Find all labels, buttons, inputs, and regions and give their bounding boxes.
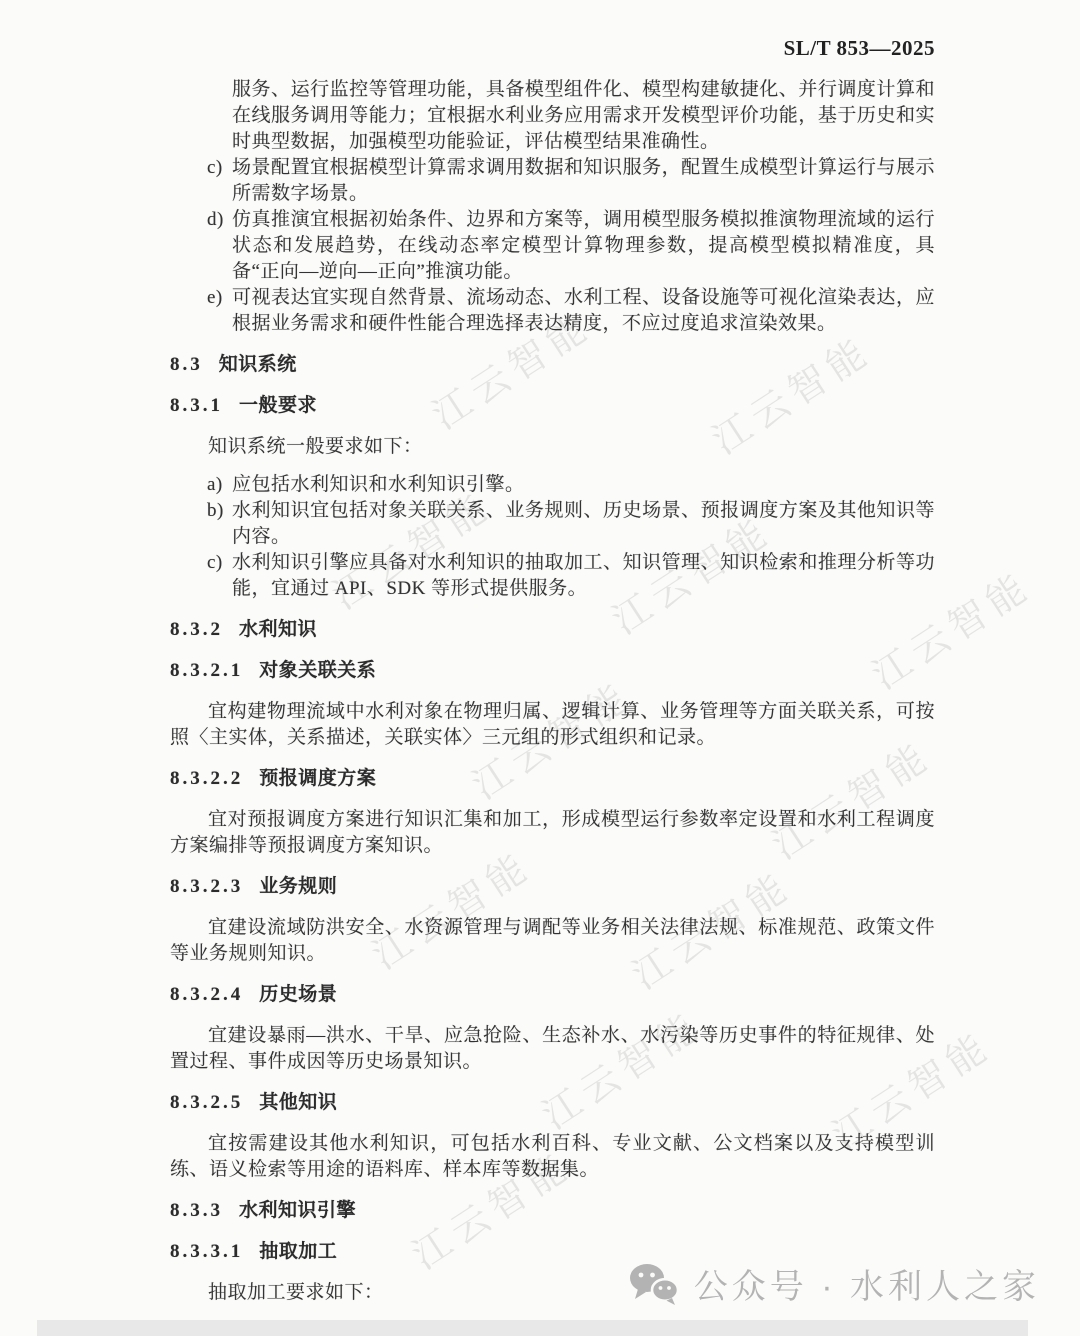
list-marker: c) bbox=[207, 550, 223, 576]
paragraph: 宜构建物理流域中水利对象在物理归属、逻辑计算、业务管理等方面关联关系，可按照〈主… bbox=[170, 699, 935, 751]
section-number: 8.3.3 bbox=[170, 1200, 223, 1221]
list-item-text: 可视表达宜实现自然背景、流场动态、水利工程、设备设施等可视化渲染表达，应根据业务… bbox=[232, 287, 935, 334]
section-number: 8.3.2 bbox=[170, 619, 223, 640]
section-heading-8-3-2: 8.3.2水利知识 bbox=[170, 617, 935, 643]
section-number: 8.3.2.3 bbox=[170, 876, 243, 897]
section-number: 8.3.3.1 bbox=[170, 1241, 243, 1262]
section-number: 8.3.2.4 bbox=[170, 984, 243, 1005]
section-heading-8-3-2-1: 8.3.2.1对象关联关系 bbox=[170, 658, 935, 684]
section-title: 一般要求 bbox=[239, 395, 317, 416]
list-item-d: d) 仿真推演宜根据初始条件、边界和方案等，调用模型服务模拟推演物理流域的运行状… bbox=[170, 207, 935, 285]
list-item-text: 水利知识宜包括对象关联关系、业务规则、历史场景、预报调度方案及其他知识等内容。 bbox=[232, 500, 935, 547]
paragraph: 宜按需建设其他水利知识，可包括水利百科、专业文献、公文档案以及支持模型训练、语义… bbox=[170, 1131, 935, 1183]
document-page: 江云智能 江云智能 江云智能 江云智能 江云智能 江云智能 江云智能 江云智能 … bbox=[0, 0, 1080, 1336]
section-title: 抽取加工 bbox=[259, 1241, 337, 1262]
section-heading-8-3-1: 8.3.1一般要求 bbox=[170, 393, 935, 419]
list-item-e: e) 可视表达宜实现自然背景、流场动态、水利工程、设备设施等可视化渲染表达，应根… bbox=[170, 285, 935, 337]
section-number: 8.3.2.2 bbox=[170, 768, 243, 789]
section-title: 其他知识 bbox=[259, 1092, 337, 1113]
section-number: 8.3.2.5 bbox=[170, 1092, 243, 1113]
wechat-account-label: 公众号 · 水利人之家 bbox=[694, 1259, 1040, 1308]
bottom-bar bbox=[37, 1320, 1028, 1336]
section-heading-8-3-2-3: 8.3.2.3业务规则 bbox=[170, 874, 935, 900]
list-marker: b) bbox=[207, 498, 224, 524]
list-item-text: 水利知识引擎应具备对水利知识的抽取加工、知识管理、知识检索和推理分析等功能，宜通… bbox=[232, 552, 935, 599]
section-heading-8-3-3: 8.3.3水利知识引擎 bbox=[170, 1198, 935, 1224]
wechat-footer: 公众号 · 水利人之家 bbox=[628, 1259, 1040, 1308]
list-item-a: a) 应包括水利知识和水利知识引擎。 bbox=[170, 472, 935, 498]
list-item-c: c) 场景配置宜根据模型计算需求调用数据和知识服务，配置生成模型计算运行与展示所… bbox=[170, 155, 935, 207]
section-number: 8.3.2.1 bbox=[170, 660, 243, 681]
section-title: 水利知识引擎 bbox=[239, 1200, 356, 1221]
paragraph-intro: 知识系统一般要求如下： bbox=[170, 434, 935, 460]
section-heading-8-3: 8.3知识系统 bbox=[170, 352, 935, 378]
section-title: 预报调度方案 bbox=[259, 768, 376, 789]
section-number: 8.3 bbox=[170, 354, 203, 375]
section-number: 8.3.1 bbox=[170, 395, 223, 416]
document-content: 服务、运行监控等管理功能，具备模型组件化、模型构建敏捷化、并行调度计算和在线服务… bbox=[170, 77, 935, 1336]
section-title: 对象关联关系 bbox=[259, 660, 376, 681]
paragraph-continuation: 服务、运行监控等管理功能，具备模型组件化、模型构建敏捷化、并行调度计算和在线服务… bbox=[232, 77, 935, 155]
section-heading-8-3-2-4: 8.3.2.4历史场景 bbox=[170, 982, 935, 1008]
list-item-b: b) 水利知识宜包括对象关联关系、业务规则、历史场景、预报调度方案及其他知识等内… bbox=[170, 498, 935, 550]
paragraph: 宜建设流域防洪安全、水资源管理与调配等业务相关法律法规、标准规范、政策文件等业务… bbox=[170, 915, 935, 967]
list-marker: d) bbox=[207, 207, 224, 233]
paragraph: 宜建设暴雨—洪水、干旱、应急抢险、生态补水、水污染等历史事件的特征规律、处置过程… bbox=[170, 1023, 935, 1075]
list-marker: a) bbox=[207, 472, 223, 498]
section-heading-8-3-2-5: 8.3.2.5其他知识 bbox=[170, 1090, 935, 1116]
list-item-c2: c) 水利知识引擎应具备对水利知识的抽取加工、知识管理、知识检索和推理分析等功能… bbox=[170, 550, 935, 602]
section-title: 水利知识 bbox=[239, 619, 317, 640]
section-title: 历史场景 bbox=[259, 984, 337, 1005]
section-heading-8-3-2-2: 8.3.2.2预报调度方案 bbox=[170, 766, 935, 792]
list-item-text: 场景配置宜根据模型计算需求调用数据和知识服务，配置生成模型计算运行与展示所需数字… bbox=[232, 157, 935, 204]
list-marker: c) bbox=[207, 155, 223, 181]
list-item-text: 仿真推演宜根据初始条件、边界和方案等，调用模型服务模拟推演物理流域的运行状态和发… bbox=[232, 209, 935, 282]
section-title: 业务规则 bbox=[259, 876, 337, 897]
paragraph: 宜对预报调度方案进行知识汇集和加工，形成模型运行参数率定设置和水利工程调度方案编… bbox=[170, 807, 935, 859]
section-title: 知识系统 bbox=[219, 354, 297, 375]
doc-code-header: SL/T 853—2025 bbox=[0, 0, 1080, 61]
wechat-icon bbox=[628, 1262, 680, 1306]
list-item-text: 应包括水利知识和水利知识引擎。 bbox=[232, 474, 525, 495]
list-marker: e) bbox=[207, 285, 223, 311]
